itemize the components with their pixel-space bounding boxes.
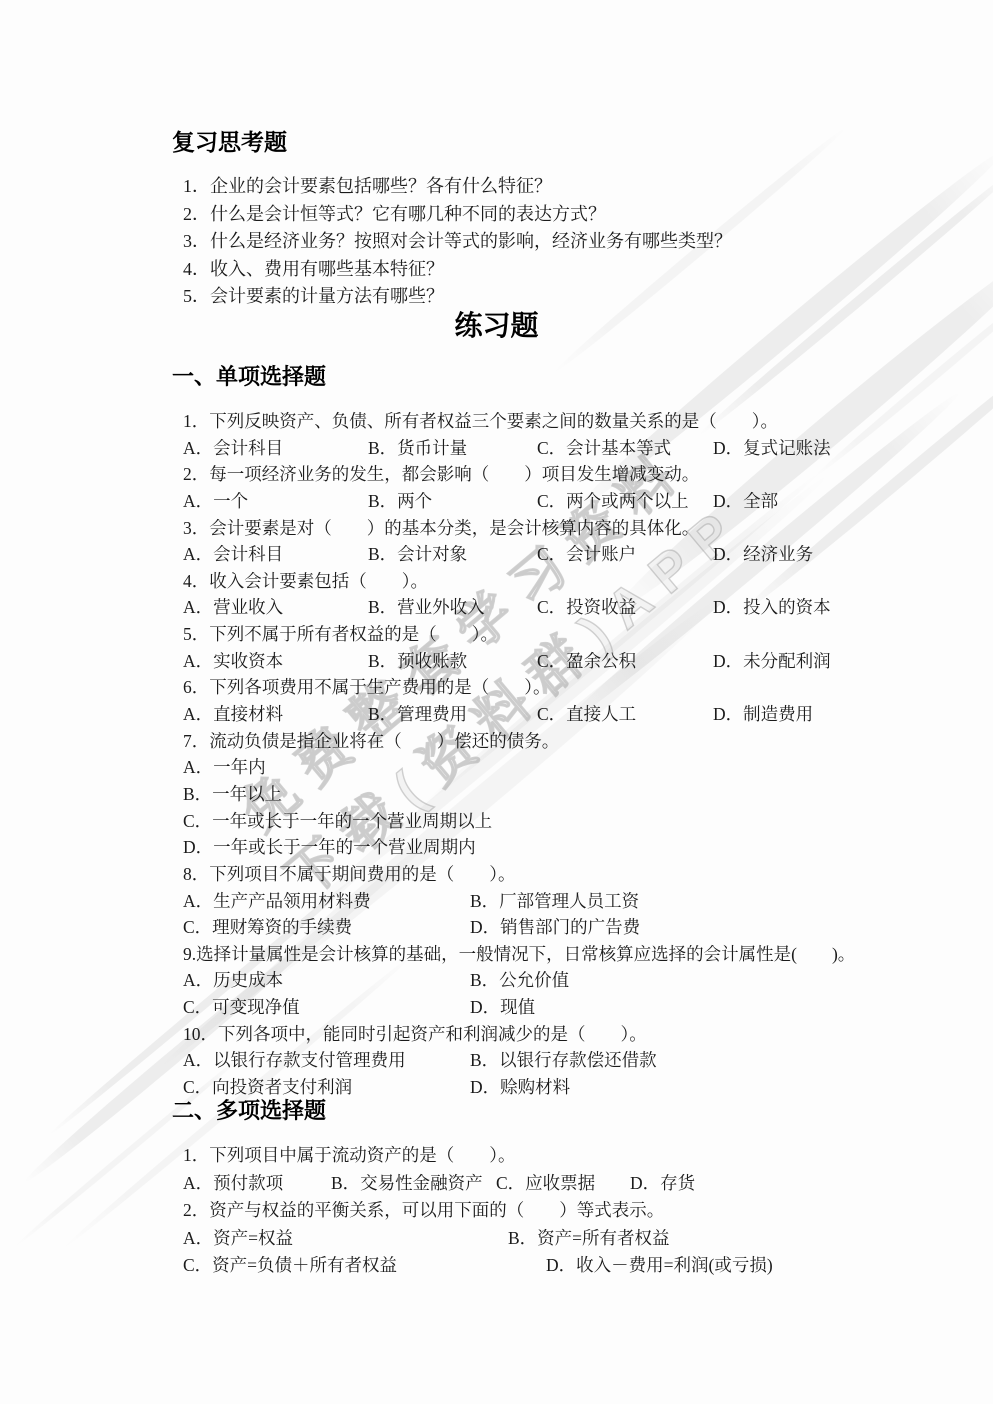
question-text: 7．流动负债是指企业将在（ ）偿还的债务。 — [183, 728, 883, 755]
option-b: B．管理费用 — [368, 701, 537, 728]
question-text: 2．每一项经济业务的发生，都会影响（ ）项目发生增减变动。 — [183, 461, 883, 488]
option-row: A．实收资本 B．预收账款 C．盈余公积 D．未分配利润 — [183, 648, 883, 675]
option-row: C．可变现净值 D．现值 — [183, 994, 883, 1021]
option-c: C．两个或两个以上 — [537, 488, 713, 515]
option-d: D．现值 — [470, 994, 883, 1021]
question-text: 6．下列各项费用不属于生产费用的是（ ）。 — [183, 674, 883, 701]
option-c: C．一年或长于一年的一个营业周期以上 — [183, 808, 883, 835]
question-text: 8．下列项目不属于期间费用的是（ ）。 — [183, 861, 883, 888]
option-row: C．资产=负债＋所有者权益 D．收入－费用=利润(或亏损) — [183, 1252, 883, 1280]
option-c: C．投资收益 — [537, 594, 713, 621]
option-c: C．直接人工 — [537, 701, 713, 728]
question-text: 1．下列反映资产、负债、所有者权益三个要素之间的数量关系的是（ ）。 — [183, 408, 883, 435]
single-choice-heading: 一、单项选择题 — [172, 360, 326, 391]
option-row: A．以银行存款支付管理费用 B．以银行存款偿还借款 — [183, 1047, 883, 1074]
option-row: A．一个 B．两个 C．两个或两个以上 D．全部 — [183, 488, 883, 515]
option-b: B．营业外收入 — [368, 594, 537, 621]
option-d: D．投入的资本 — [713, 594, 883, 621]
option-c: C．应收票据 — [496, 1170, 630, 1198]
option-row: C．理财筹资的手续费 D．销售部门的广告费 — [183, 914, 883, 941]
option-d: D．销售部门的广告费 — [470, 914, 883, 941]
option-c: C．会计基本等式 — [537, 435, 713, 462]
option-b: B．会计对象 — [368, 541, 537, 568]
option-a: A．一年内 — [183, 754, 883, 781]
option-a: A．资产=权益 — [183, 1225, 508, 1253]
option-b: B．预收账款 — [368, 648, 537, 675]
question-text: 3．会计要素是对（ ）的基本分类，是会计核算内容的具体化。 — [183, 515, 883, 542]
review-question: 4．收入、费用有哪些基本特征？ — [183, 256, 732, 284]
option-c: C．会计账户 — [537, 541, 713, 568]
option-d: D．制造费用 — [713, 701, 883, 728]
option-a: A．会计科目 — [183, 435, 368, 462]
option-a: A．生产产品领用材料费 — [183, 888, 470, 915]
option-b: B．两个 — [368, 488, 537, 515]
option-row: A．资产=权益 B．资产=所有者权益 — [183, 1225, 883, 1253]
option-a: A．实收资本 — [183, 648, 368, 675]
option-row: A．生产产品领用材料费 B．厂部管理人员工资 — [183, 888, 883, 915]
option-row: A．会计科目 B．会计对象 C．会计账户 D．经济业务 — [183, 541, 883, 568]
option-row: A．会计科目 B．货币计量 C．会计基本等式 D．复式记账法 — [183, 435, 883, 462]
option-row: A．历史成本 B．公允价值 — [183, 967, 883, 994]
question-text: 9.选择计量属性是会计核算的基础，一般情况下，日常核算应选择的会计属性是( )。 — [183, 941, 883, 968]
option-a: A．直接材料 — [183, 701, 368, 728]
review-question: 3．什么是经济业务？按照对会计等式的影响，经济业务有哪些类型？ — [183, 228, 732, 256]
option-c: C．盈余公积 — [537, 648, 713, 675]
option-d: D．经济业务 — [713, 541, 883, 568]
option-b: B．厂部管理人员工资 — [470, 888, 883, 915]
review-heading: 复习思考题 — [172, 124, 287, 157]
question-text: 4．收入会计要素包括（ ）。 — [183, 568, 883, 595]
option-b: B．以银行存款偿还借款 — [470, 1047, 883, 1074]
multi-choice-heading: 二、多项选择题 — [172, 1094, 326, 1125]
watermark-streak — [696, 161, 993, 439]
option-b: B．交易性金融资产 — [331, 1170, 496, 1198]
option-row: A．预付款项 B．交易性金融资产 C．应收票据 D．存货 — [183, 1170, 883, 1198]
option-d: D．一年或长于一年的一个营业周期内 — [183, 834, 883, 861]
option-c: C．理财筹资的手续费 — [183, 914, 470, 941]
review-question: 1．企业的会计要素包括哪些？各有什么特征？ — [183, 173, 732, 201]
question-text: 2．资产与权益的平衡关系，可以用下面的（ ）等式表示。 — [183, 1197, 883, 1225]
option-row: A．直接材料 B．管理费用 C．直接人工 D．制造费用 — [183, 701, 883, 728]
single-choice-section: 1．下列反映资产、负债、所有者权益三个要素之间的数量关系的是（ ）。 A．会计科… — [183, 408, 883, 1101]
exercise-title: 练习题 — [0, 304, 993, 344]
question-text: 10．下列各项中，能同时引起资产和利润减少的是（ ）。 — [183, 1021, 883, 1048]
option-d: D．全部 — [713, 488, 883, 515]
option-a: A．预付款项 — [183, 1170, 331, 1198]
option-row: A．营业收入 B．营业外收入 C．投资收益 D．投入的资本 — [183, 594, 883, 621]
option-d: D．收入－费用=利润(或亏损) — [546, 1252, 883, 1280]
review-question-list: 1．企业的会计要素包括哪些？各有什么特征？ 2．什么是会计恒等式？它有哪几种不同… — [183, 173, 732, 311]
option-a: A．营业收入 — [183, 594, 368, 621]
option-c: C．可变现净值 — [183, 994, 470, 1021]
option-d: D．复式记账法 — [713, 435, 883, 462]
multi-choice-section: 1．下列项目中属于流动资产的是（ ）。 A．预付款项 B．交易性金融资产 C．应… — [183, 1142, 883, 1280]
document-page: 免费整套学习资料 下载(资料群)APP 复习思考题 1．企业的会计要素包括哪些？… — [0, 0, 993, 1404]
option-b: B．货币计量 — [368, 435, 537, 462]
option-a: A．会计科目 — [183, 541, 368, 568]
review-question: 2．什么是会计恒等式？它有哪几种不同的表达方式？ — [183, 201, 732, 229]
option-d: D．未分配利润 — [713, 648, 883, 675]
option-b: B．一年以上 — [183, 781, 883, 808]
option-a: A．以银行存款支付管理费用 — [183, 1047, 470, 1074]
option-b: B．公允价值 — [470, 967, 883, 994]
option-d: D．存货 — [630, 1170, 883, 1198]
question-text: 1．下列项目中属于流动资产的是（ ）。 — [183, 1142, 883, 1170]
question-text: 5．下列不属于所有者权益的是（ ）。 — [183, 621, 883, 648]
option-c: C．资产=负债＋所有者权益 — [183, 1252, 546, 1280]
option-a: A．历史成本 — [183, 967, 470, 994]
option-d: D．赊购材料 — [470, 1074, 883, 1101]
option-b: B．资产=所有者权益 — [508, 1225, 883, 1253]
option-a: A．一个 — [183, 488, 368, 515]
